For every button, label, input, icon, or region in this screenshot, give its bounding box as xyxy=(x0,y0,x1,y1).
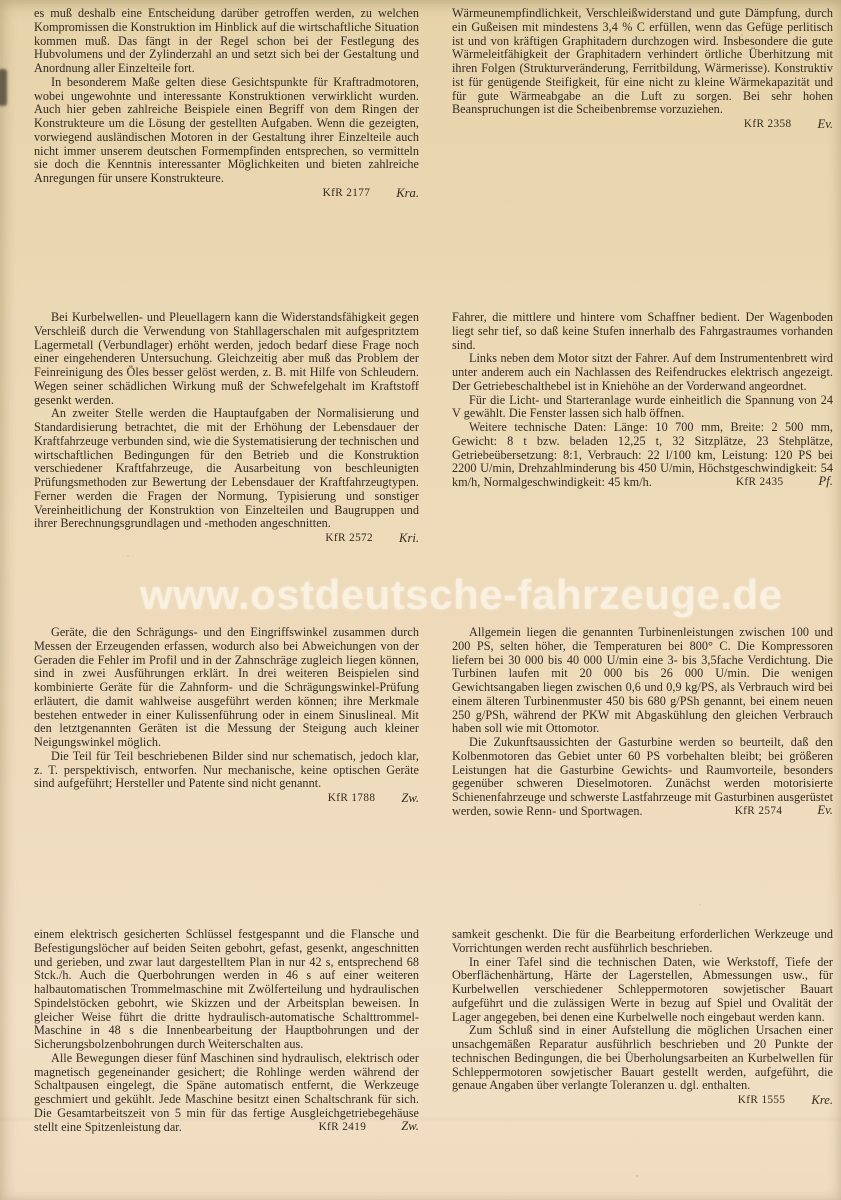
signature: KfR 2358Ev. xyxy=(744,118,833,132)
reviewer-initials: Zw. xyxy=(384,1120,419,1134)
abstract-block: Geräte, die den Schrägungs- und den Eing… xyxy=(34,626,419,806)
scanned-journal-page: es muß deshalb eine Entscheidung darüber… xyxy=(0,0,841,1200)
signature: KfR 2419Zw. xyxy=(302,1120,419,1135)
reviewer-initials: Ev. xyxy=(800,804,833,818)
reference-number: KfR 1788 xyxy=(328,792,376,806)
reviewer-initials: Kra. xyxy=(396,187,419,201)
paragraph: es muß deshalb eine Entscheidung darüber… xyxy=(34,7,419,76)
paragraph: samkeit geschenkt. Die für die Bearbeitu… xyxy=(452,928,833,956)
paragraph: Links neben dem Motor sitzt der Fahrer. … xyxy=(452,352,833,393)
reference-number: KfR 2177 xyxy=(323,187,371,201)
paragraph: Für die Licht- und Starteranlage wurde e… xyxy=(452,394,833,422)
signature: KfR 1788Zw. xyxy=(328,792,419,806)
paragraph: einem elektrisch gesicherten Schlüssel f… xyxy=(34,928,419,1052)
scan-edge-artifact xyxy=(0,69,7,106)
reference-number: KfR 2574 xyxy=(718,805,783,819)
abstract-block: es muß deshalb eine Entscheidung darüber… xyxy=(34,7,419,201)
abstract-block: einem elektrisch gesicherten Schlüssel f… xyxy=(34,928,419,1134)
right-column: Wärmeunempfindlichkeit, Verschleißwiders… xyxy=(452,0,833,1200)
paragraph: Alle Bewegungen dieser fünf Maschinen si… xyxy=(34,1052,419,1135)
reference-number: KfR 2435 xyxy=(719,476,784,490)
signature-line: KfR 2358Ev. xyxy=(452,118,833,132)
reference-number: KfR 1555 xyxy=(738,1094,786,1108)
signature-line: KfR 2572Kri. xyxy=(34,532,419,546)
paragraph: Bei Kurbelwellen- und Pleuellagern kann … xyxy=(34,311,419,407)
abstract-block: samkeit geschenkt. Die für die Bearbeitu… xyxy=(452,928,833,1108)
paragraph: Weitere technische Daten: Länge: 10 700 … xyxy=(452,421,833,490)
signature-line: KfR 2177Kra. xyxy=(34,187,419,201)
paragraph: An zweiter Stelle werden die Hauptaufgab… xyxy=(34,407,419,531)
reviewer-initials: Kre. xyxy=(811,1094,833,1108)
signature: KfR 2177Kra. xyxy=(323,187,419,201)
signature: KfR 2572Kri. xyxy=(325,532,419,546)
signature-line: KfR 1555Kre. xyxy=(452,1094,833,1108)
reference-number: KfR 2358 xyxy=(744,118,792,132)
paragraph: In einer Tafel sind die technischen Date… xyxy=(452,956,833,1025)
signature-line: KfR 1788Zw. xyxy=(34,792,419,806)
paragraph: Wärmeunempfindlichkeit, Verschleißwiders… xyxy=(452,7,833,117)
abstract-block: Fahrer, die mittlere und hintere vom Sch… xyxy=(452,311,833,490)
abstract-block: Bei Kurbelwellen- und Pleuellagern kann … xyxy=(34,311,419,546)
paragraph: In besonderem Maße gelten diese Gesichts… xyxy=(34,76,419,186)
left-column: es muß deshalb eine Entscheidung darüber… xyxy=(34,0,419,1200)
abstract-block: Allgemein liegen die genannten Turbinenl… xyxy=(452,626,833,819)
signature: KfR 1555Kre. xyxy=(738,1094,833,1108)
reviewer-initials: Zw. xyxy=(401,792,419,806)
reference-number: KfR 2572 xyxy=(325,532,373,546)
signature: KfR 2574Ev. xyxy=(718,804,833,819)
paragraph: Zum Schluß sind in einer Aufstellung die… xyxy=(452,1024,833,1093)
paragraph: Fahrer, die mittlere und hintere vom Sch… xyxy=(452,311,833,352)
signature: KfR 2435Pf. xyxy=(719,475,833,490)
abstract-block: Wärmeunempfindlichkeit, Verschleißwiders… xyxy=(452,7,833,132)
reviewer-initials: Pf. xyxy=(802,475,834,489)
reference-number: KfR 2419 xyxy=(302,1121,367,1135)
paragraph: Allgemein liegen die genannten Turbinenl… xyxy=(452,626,833,736)
paragraph: Die Zukunftsaussichten der Gasturbine we… xyxy=(452,736,833,819)
paragraph: Geräte, die den Schrägungs- und den Eing… xyxy=(34,626,419,750)
paragraph: Die Teil für Teil beschriebenen Bilder s… xyxy=(34,750,419,791)
reviewer-initials: Ev. xyxy=(818,118,834,132)
reviewer-initials: Kri. xyxy=(399,532,419,546)
